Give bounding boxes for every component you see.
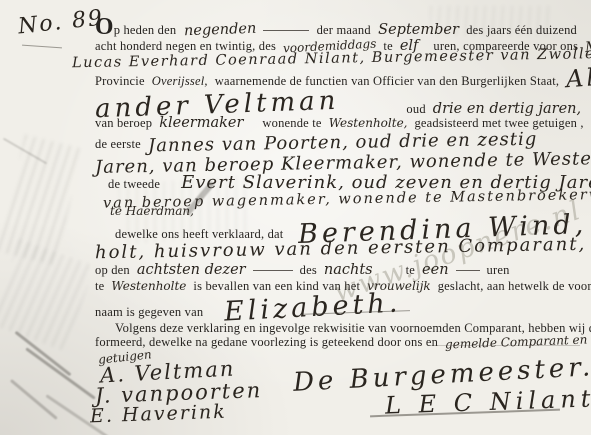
hw-signature-nilant: L E C Nilant (385, 384, 591, 419)
hw-comparant-beroep: kleermaker (159, 115, 243, 131)
hw-comparant-firstname-part: Alex (565, 61, 591, 93)
printed-op-heden: Op heden den (95, 14, 176, 41)
printed-overijssel: Overijssel, (152, 74, 208, 89)
hw-month: September (378, 22, 459, 38)
hw-uur: een (422, 262, 449, 278)
slot-line-2: formeerd, dewelke na gedane voorlezing i… (95, 335, 587, 350)
bleedthrough-mark (0, 239, 95, 351)
ink-smudge (10, 379, 58, 419)
printed-wonende-te: wonende te (262, 116, 321, 131)
hw-comparant-woonplaats: Westenholte, (329, 116, 408, 130)
flourish-line (253, 270, 293, 271)
body-kindnaam-line: naam is gegeven van Elizabeth. (95, 292, 402, 323)
body-geboortedatum-line: op den achtsten dezer des nachts te een … (95, 262, 577, 278)
hw-geteekend-door: gemelde Comparant en (445, 333, 588, 352)
printed-te2: te (406, 263, 415, 278)
ink-smudge (14, 331, 71, 376)
hw-signature-haverink: E. Haverink (90, 401, 227, 428)
act-number: No. 89 (17, 6, 105, 40)
printed-op-den: op den (95, 263, 130, 278)
act-number-text: No. 89 (17, 6, 105, 40)
slot-line-1: Volgens deze verklaring en ingevolge rek… (115, 321, 591, 336)
flourish-line (456, 270, 480, 271)
pencil-mark (3, 138, 47, 165)
signature-witness-3: E. Haverink (90, 401, 227, 428)
printed-de-tweede: de tweede (108, 177, 160, 192)
hw-geboorteplaats: Westenholte (111, 279, 186, 293)
hw-dagdeel: nachts (324, 262, 373, 278)
printed-geslacht-vervolg: geslacht, aan hetwelk de voor- (438, 279, 591, 294)
flourish-line (22, 45, 62, 49)
printed-van-beroep: van beroep (95, 116, 152, 131)
signature-official: L E C Nilant (385, 384, 591, 419)
hw-geboorte-dag: achtsten dezer (137, 262, 246, 278)
printed-des-jaars: des jaars één duizend (466, 23, 577, 38)
printed-de-eerste: de eerste (95, 137, 141, 152)
printed-volgens-verklaring: Volgens deze verklaring en ingevolge rek… (115, 321, 591, 336)
bleedthrough-mark (0, 135, 84, 266)
printed-officier-clause: waarnemende de functien van Officier van… (215, 74, 560, 89)
birth-certificate-scan: www.joopnere.nl No. 89 Op heden den nege… (0, 0, 591, 435)
printed-naam-gegeven: naam is gegeven van (95, 305, 203, 320)
printed-der-maand: der maand (317, 23, 371, 38)
printed-provincie: Provincie (95, 74, 145, 89)
hw-day-of-act: negenden (183, 21, 256, 40)
intro-line-1: Op heden den negenden der maand Septembe… (95, 14, 577, 41)
printed-des: des (300, 263, 317, 278)
printed-uren: uren (487, 263, 510, 278)
flourish-line (263, 30, 309, 31)
ink-smudge (25, 347, 96, 399)
